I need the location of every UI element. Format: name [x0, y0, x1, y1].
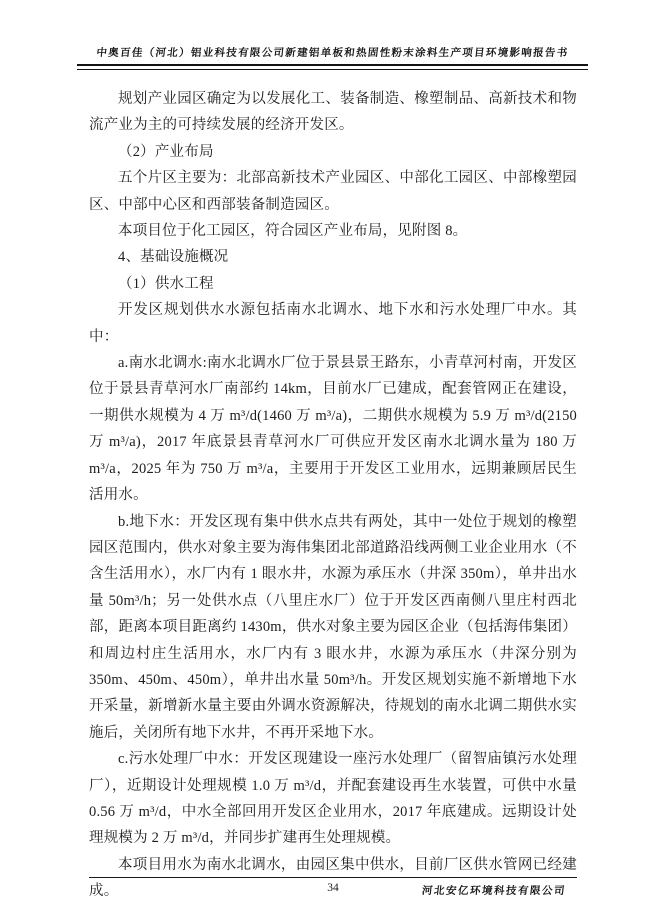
paragraph-groundwater: b.地下水：开发区现有集中供水点共有两处，其中一处位于规划的橡塑园区范围内，供水…: [89, 509, 577, 747]
footer-company: 河北安亿环境科技有限公司: [421, 883, 567, 898]
page-header: 中奥百佳（河北）铝业科技有限公司新建铝单板和热固性粉末涂料生产项目环境影响报告书: [77, 45, 588, 70]
paragraph-five-districts: 五个片区主要为：北部高新技术产业园区、中部化工园区、中部橡塑园区、中部中心区和西…: [89, 165, 577, 218]
header-title: 中奥百佳（河北）铝业科技有限公司新建铝单板和热固性粉末涂料生产项目环境影响报告书: [76, 45, 589, 60]
page-footer: 34 河北安亿环境科技有限公司: [89, 882, 577, 900]
paragraph-reclaimed-water: c.污水处理厂中水：开发区现建设一座污水处理厂（留智庙镇污水处理厂），近期设计处…: [89, 746, 577, 852]
heading-infrastructure: 4、基础设施概况: [89, 244, 577, 270]
paragraph-project-location: 本项目位于化工园区，符合园区产业布局，见附图 8。: [89, 218, 577, 244]
paragraph-south-north-water: a.南水北调水:南水北调水厂位于景县景王路东，小青草河村南，开发区位于景县青草河…: [89, 350, 577, 508]
header-double-rule: [77, 64, 588, 70]
document-page: 中奥百佳（河北）铝业科技有限公司新建铝单板和热固性粉末涂料生产项目环境影响报告书…: [0, 0, 665, 917]
footer-rule: [89, 877, 577, 878]
heading-industry-layout: （2）产业布局: [89, 139, 577, 165]
paragraph-intro: 规划产业园区确定为以发展化工、装备制造、橡塑制品、高新技术和物流产业为主的可持续…: [89, 86, 577, 139]
heading-water-supply: （1）供水工程: [89, 271, 577, 297]
document-body: 规划产业园区确定为以发展化工、装备制造、橡塑制品、高新技术和物流产业为主的可持续…: [89, 86, 577, 905]
paragraph-water-sources: 开发区规划供水水源包括南水北调水、地下水和污水处理厂中水。其中：: [89, 297, 577, 350]
